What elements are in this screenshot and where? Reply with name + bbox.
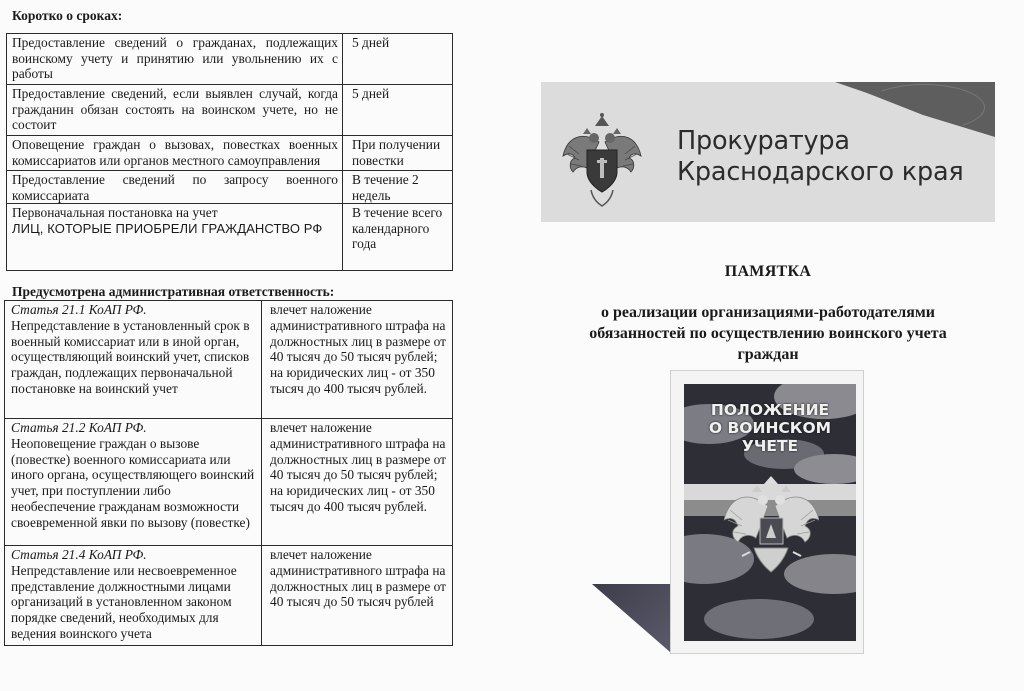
table-row: Первоначальная постановка на учет ЛИЦ, К… [7, 204, 453, 271]
penalty-cell: влечет наложение административного штраф… [262, 301, 453, 419]
deadline-action: Предоставление сведений, если выявлен сл… [7, 85, 343, 136]
offense-text: Неоповещение граждан о вызове (повестке)… [11, 436, 257, 531]
banner-title: Прокуратура Краснодарского края [677, 126, 964, 188]
book-title-line1: ПОЛОЖЕНИЕ [684, 401, 856, 419]
memo-subtitle-text: о реализации организациями-работодателям… [558, 302, 978, 365]
deadline-term: При получении повестки [343, 136, 453, 171]
deadline-action-text: Первоначальная постановка на учет [12, 205, 338, 221]
offense-cell: Статья 21.4 КоАП РФ. Непредставление или… [5, 546, 262, 646]
deadline-term: 5 дней [343, 34, 453, 85]
liability-table: Статья 21.1 КоАП РФ. Непредставление в у… [4, 300, 453, 646]
table-row: Предоставление сведений, если выявлен сл… [7, 85, 453, 136]
memo-subtitle: о реализации организациями-работодателям… [541, 302, 995, 365]
deadline-action: Первоначальная постановка на учет ЛИЦ, К… [7, 204, 343, 271]
deadlines-table: Предоставление сведений о гражданах, под… [6, 33, 453, 271]
book-title-line3: УЧЕТЕ [684, 437, 856, 455]
article-ref: Статья 21.4 КоАП РФ. [11, 547, 257, 563]
book-cover: ПОЛОЖЕНИЕ О ВОИНСКОМ УЧЕТЕ [684, 384, 856, 641]
table-row: Статья 21.2 КоАП РФ. Неоповещение гражда… [5, 419, 453, 546]
camo-patch [704, 599, 814, 639]
banner-title-line1: Прокуратура [677, 126, 964, 157]
memo-title: ПАМЯТКА [541, 263, 995, 281]
deadline-action: Оповещение граждан о вызовах, повестках … [7, 136, 343, 171]
table-row: Оповещение граждан о вызовах, повестках … [7, 136, 453, 171]
penalty-cell: влечет наложение административного штраф… [262, 419, 453, 546]
prosecutor-banner: Прокуратура Краснодарского края [541, 82, 995, 222]
table-row: Предоставление сведений о гражданах, под… [7, 34, 453, 85]
deadline-action: Предоставление сведений по запросу военн… [7, 171, 343, 204]
book-title-line2: О ВОИНСКОМ [684, 419, 856, 437]
table-row: Статья 21.1 КоАП РФ. Непредставление в у… [5, 301, 453, 419]
deadlines-heading: Коротко о сроках: [12, 8, 122, 24]
deadline-action: Предоставление сведений о гражданах, под… [7, 34, 343, 85]
liability-heading: Предусмотрена административная ответстве… [12, 284, 334, 300]
offense-cell: Статья 21.2 КоАП РФ. Неоповещение гражда… [5, 419, 262, 546]
offense-text: Непредставление в установленный срок в в… [11, 318, 257, 397]
banner-title-line2: Краснодарского края [677, 157, 964, 188]
book-image: ПОЛОЖЕНИЕ О ВОИНСКОМ УЧЕТЕ [670, 370, 864, 654]
article-ref: Статья 21.2 КоАП РФ. [11, 420, 257, 436]
double-headed-eagle-icon [724, 476, 819, 581]
article-ref: Статья 21.1 КоАП РФ. [11, 302, 257, 318]
offense-cell: Статья 21.1 КоАП РФ. Непредставление в у… [5, 301, 262, 419]
deadline-term: В течение всего календарного года [343, 204, 453, 271]
table-row: Предоставление сведений по запросу военн… [7, 171, 453, 204]
book-title: ПОЛОЖЕНИЕ О ВОИНСКОМ УЧЕТЕ [684, 401, 856, 455]
deadline-term: 5 дней [343, 85, 453, 136]
prosecutor-eagle-emblem-icon [561, 112, 643, 207]
book-shadow [592, 584, 670, 652]
deadline-term: В течение 2 недель [343, 171, 453, 204]
penalty-cell: влечет наложение административного штраф… [262, 546, 453, 646]
offense-text: Непредставление или несвоевременное пред… [11, 563, 257, 642]
deadline-action-caps: ЛИЦ, КОТОРЫЕ ПРИОБРЕЛИ ГРАЖДАНСТВО РФ [12, 221, 338, 237]
table-row: Статья 21.4 КоАП РФ. Непредставление или… [5, 546, 453, 646]
